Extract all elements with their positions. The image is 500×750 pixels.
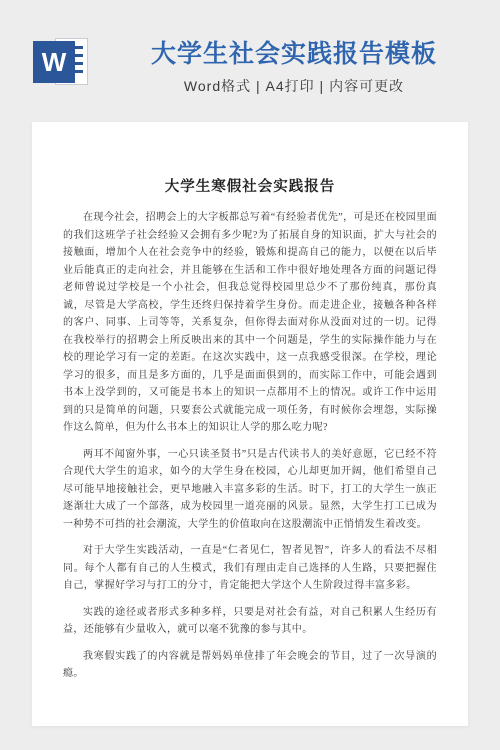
document-page: 大学生寒假社会实践报告 在现今社会，招聘会上的大字板都总写着“有经验者优先”，可… bbox=[32, 122, 468, 726]
template-header: W 大学生社会实践报告模板 Word格式 | A4打印 | 内容可更改 bbox=[0, 0, 500, 122]
header-text: 大学生社会实践报告模板 Word格式 | A4打印 | 内容可更改 bbox=[88, 40, 500, 96]
paragraph: 两耳不闻窗外事，一心只读圣贤书”只是古代读书人的美好意愿，它已经不符合现代大学生… bbox=[63, 446, 437, 534]
paragraph: 对于大学生实践活动，一直是“仁者见仁，智者见智”，许多人的看法不尽相同。每个人都… bbox=[63, 542, 437, 595]
template-subtitle: Word格式 | A4打印 | 内容可更改 bbox=[88, 76, 500, 96]
template-title: 大学生社会实践报告模板 bbox=[88, 40, 500, 68]
page-number: 1 bbox=[32, 648, 468, 658]
paragraph: 实践的途径或者形式多种多样，只要是对社会有益，对自己积累人生经历有益，还能够有少… bbox=[63, 604, 437, 639]
word-icon-letter: W bbox=[42, 47, 67, 78]
document-body: 在现今社会，招聘会上的大字板都总写着“有经验者优先”，可是还在校园里面的我们这班… bbox=[63, 209, 437, 683]
paragraph: 在现今社会，招聘会上的大字板都总写着“有经验者优先”，可是还在校园里面的我们这班… bbox=[63, 209, 437, 437]
page-background: W 大学生社会实践报告模板 Word格式 | A4打印 | 内容可更改 大学生寒… bbox=[0, 0, 500, 750]
word-icon: W bbox=[33, 38, 88, 86]
document-title: 大学生寒假社会实践报告 bbox=[63, 175, 437, 196]
word-icon-square: W bbox=[33, 41, 75, 83]
